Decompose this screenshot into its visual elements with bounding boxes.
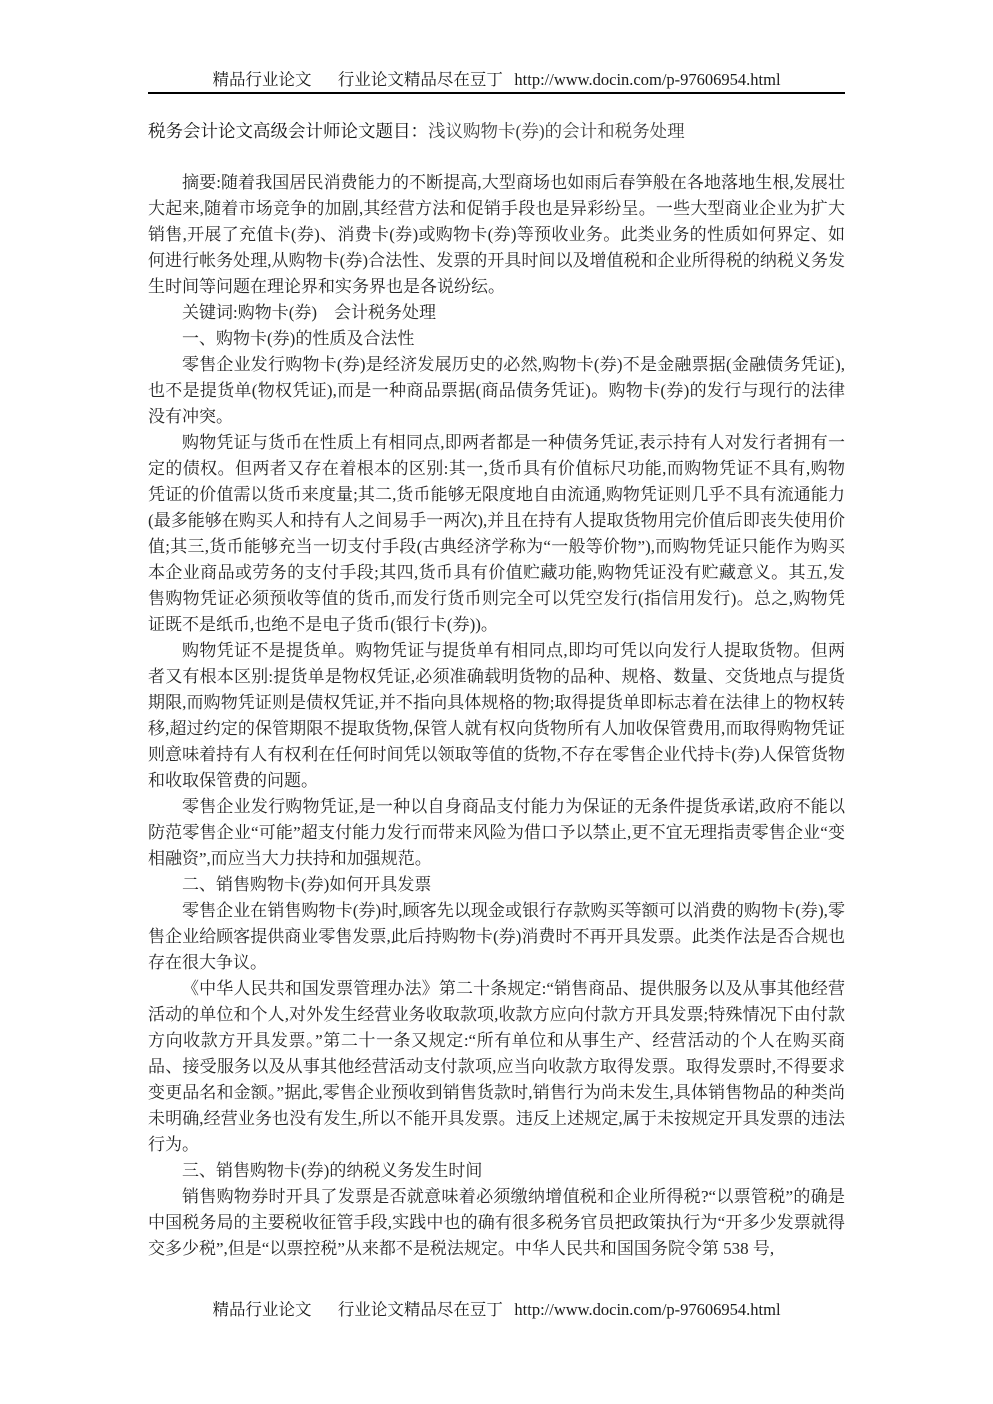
header-docin-url: http://www.docin.com/p-97606954.html bbox=[514, 70, 780, 89]
body-paragraph: 《中华人民共和国发票管理办法》第二十条规定:“销售商品、提供服务以及从事其他经营… bbox=[148, 976, 845, 1158]
abstract-paragraph: 摘要:随着我国居民消费能力的不断提高,大型商场也如雨后春笋般在各地落地生根,发展… bbox=[148, 170, 845, 300]
section-heading-3: 三、销售购物卡(券)的纳税义务发生时间 bbox=[148, 1158, 845, 1184]
keywords-line: 关键词:购物卡(券) 会计税务处理 bbox=[148, 300, 845, 326]
header-tagline-text: 行业论文精品尽在豆丁 bbox=[338, 70, 503, 89]
body-paragraph: 零售企业在销售购物卡(券)时,顾客先以现金或银行存款购买等额可以消费的购物卡(券… bbox=[148, 898, 845, 976]
page-footer: 精品行业论文行业论文精品尽在豆丁http://www.docin.com/p-9… bbox=[148, 1296, 845, 1320]
body-paragraph: 零售企业发行购物卡(券)是经济发展历史的必然,购物卡(券)不是金融票据(金融债务… bbox=[148, 352, 845, 430]
document-title-main: 浅议购物卡(券)的会计和税务处理 bbox=[428, 121, 685, 141]
document-body: 摘要:随着我国居民消费能力的不断提高,大型商场也如雨后春笋般在各地落地生根,发展… bbox=[148, 170, 845, 1262]
body-paragraph: 零售企业发行购物凭证,是一种以自身商品支付能力为保证的无条件提货承诺,政府不能以… bbox=[148, 794, 845, 872]
body-paragraph: 购物凭证与货币在性质上有相同点,即两者都是一种债务凭证,表示持有人对发行者拥有一… bbox=[148, 430, 845, 638]
footer-brand-text: 精品行业论文 bbox=[212, 1300, 311, 1319]
footer-tagline-text: 行业论文精品尽在豆丁 bbox=[338, 1300, 503, 1319]
section-heading-1: 一、购物卡(券)的性质及合法性 bbox=[148, 326, 845, 352]
header-divider-rule bbox=[148, 92, 845, 94]
document-page: 精品行业论文行业论文精品尽在豆丁http://www.docin.com/p-9… bbox=[0, 0, 993, 1404]
section-heading-2: 二、销售购物卡(券)如何开具发票 bbox=[148, 872, 845, 898]
header-brand-text: 精品行业论文 bbox=[212, 70, 311, 89]
body-paragraph: 购物凭证不是提货单。购物凭证与提货单有相同点,即均可凭以向发行人提取货物。但两者… bbox=[148, 638, 845, 794]
document-title: 税务会计论文高级会计师论文题目：浅议购物卡(券)的会计和税务处理 bbox=[148, 118, 908, 143]
footer-docin-url: http://www.docin.com/p-97606954.html bbox=[514, 1300, 780, 1319]
page-header: 精品行业论文行业论文精品尽在豆丁http://www.docin.com/p-9… bbox=[148, 66, 845, 90]
body-paragraph: 销售购物券时开具了发票是否就意味着必须缴纳增值税和企业所得税?“以票管税”的确是… bbox=[148, 1184, 845, 1262]
document-title-prefix: 税务会计论文高级会计师论文题目： bbox=[148, 121, 428, 141]
